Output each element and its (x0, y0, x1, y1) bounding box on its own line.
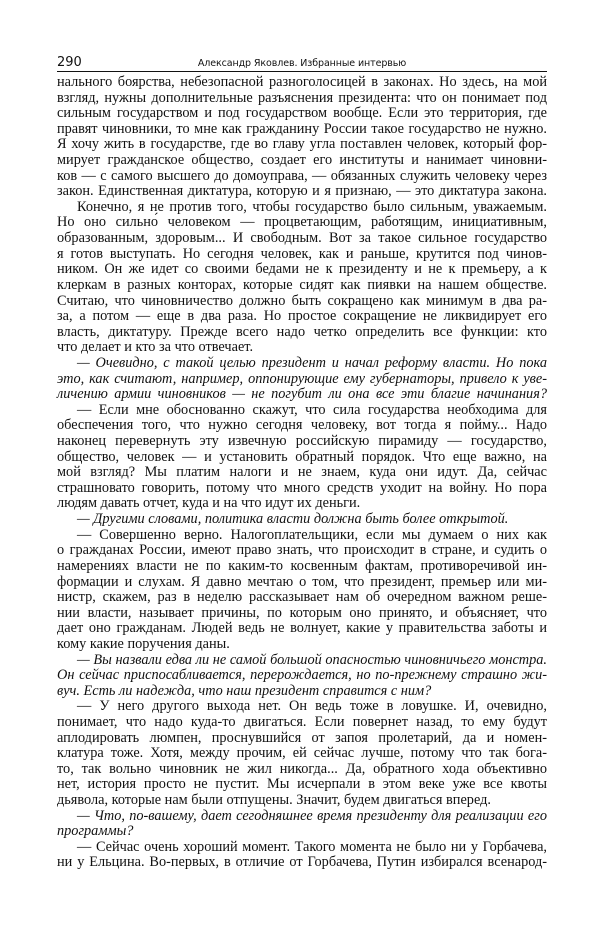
running-title: Александр Яковлев. Избранные интервью (57, 55, 547, 72)
text-line: нет, история просто не пустит. Мы исчерп… (57, 777, 547, 793)
text-line: понимает, что надо куда-то двигаться. Ес… (57, 715, 547, 731)
text-line: аплодировать люмпен, проснувшийся от зап… (57, 731, 547, 747)
text-line: правят чиновники, то мне как гражданину … (57, 122, 547, 138)
text-line: формации и слухам. Я давно мечтаю о том,… (57, 575, 547, 591)
running-header: 290 Александр Яковлев. Избранные интервь… (57, 54, 547, 72)
text-line: — Если мне обоснованно скажут, что сила … (57, 403, 547, 419)
text-line: что делает и кто за что отвечает. (57, 340, 547, 356)
text-line: нального боярства, небезопасной разногол… (57, 75, 547, 91)
text-line: общество, человек — и установить обратны… (57, 450, 547, 466)
interviewer-question-line: Он сейчас приспосабливается, перерождает… (57, 668, 547, 684)
interviewer-question-line: — Другими словами, политика власти должн… (57, 512, 547, 528)
text-line: ков — с самого высшего до домоуправа, — … (57, 169, 547, 185)
interviewer-question-line: личению армии чиновников — не погубит ли… (57, 387, 547, 403)
text-line: людям давать отчет, куда и на что идут и… (57, 496, 547, 512)
text-line: дьявола, которые нам были отпущены. Знач… (57, 793, 547, 809)
interviewer-question-line: это, как считают, например, оппонирующие… (57, 372, 547, 388)
text-line: мирует гражданское общество, создает его… (57, 153, 547, 169)
text-line: мой взгляд? Мы платим налоги и не знаем,… (57, 465, 547, 481)
text-line: нистр, скажем, раз в неделю рассказывает… (57, 590, 547, 606)
text-line: — У него другого выхода нет. Он ведь тож… (57, 699, 547, 715)
text-line: кому какие поручения даны. (57, 637, 547, 653)
interviewer-question-line: — Вы назвали едва ли не самой большой оп… (57, 653, 547, 669)
interviewer-question-line: вуч. Есть ли надежда, что наш президент … (57, 684, 547, 700)
body-text: нального боярства, небезопасной разногол… (57, 75, 547, 871)
text-line: клеркам в разных конторах, которые сидят… (57, 278, 547, 294)
text-line: о гражданах России, имеют право знать, ч… (57, 543, 547, 559)
text-line: Но оно сильно́ человеком — процветающим,… (57, 215, 547, 231)
text-line: наконец перевернуть эту извечную российс… (57, 434, 547, 450)
book-page: 290 Александр Яковлев. Избранные интервь… (57, 54, 547, 871)
text-line: обеспечения того, что нужно сегодня чело… (57, 418, 547, 434)
text-line: за, а потом — еще в два раза. Но простое… (57, 309, 547, 325)
text-line: Считаю, что чиновничество должно быть со… (57, 294, 547, 310)
text-line: власть, диктатуру. Прежде всего надо чет… (57, 325, 547, 341)
text-line: дает оно гражданам. Людей ведь не волнуе… (57, 621, 547, 637)
text-line: Я хочу жить в государстве, где во главу … (57, 137, 547, 153)
text-line: — Сейчас очень хороший момент. Такого мо… (57, 840, 547, 856)
text-line: ником. Он же идет со своими бедами не к … (57, 262, 547, 278)
text-line: ни у Ельцина. Во-первых, в отличие от Го… (57, 855, 547, 871)
text-line: нии власти, называет причины, по которым… (57, 606, 547, 622)
text-line: образованным, здоровым... И свободным. В… (57, 231, 547, 247)
interviewer-question-line: — Что, по-вашему, дает сегодняшнее время… (57, 809, 547, 825)
interviewer-question-line: — Очевидно, с такой целью президент и на… (57, 356, 547, 372)
text-line: я готов выступать. Но сегодня человек, к… (57, 247, 547, 263)
text-line: намерениях власти не по каким-то косвенн… (57, 559, 547, 575)
text-line: сильным государством и под государством … (57, 106, 547, 122)
text-line: взгляд, нужны дополнительные разъяснения… (57, 91, 547, 107)
text-line: закон. Единственная диктатура, которую и… (57, 184, 547, 200)
text-line: то, так вольно чиновник не жил никогда..… (57, 762, 547, 778)
text-line: — Совершенно верно. Налогоплательщики, е… (57, 528, 547, 544)
text-line: страшновато говорить, потому что много с… (57, 481, 547, 497)
text-line: клатура тоже. Хотя, между прочим, ей сей… (57, 746, 547, 762)
interviewer-question-line: программы? (57, 824, 547, 840)
